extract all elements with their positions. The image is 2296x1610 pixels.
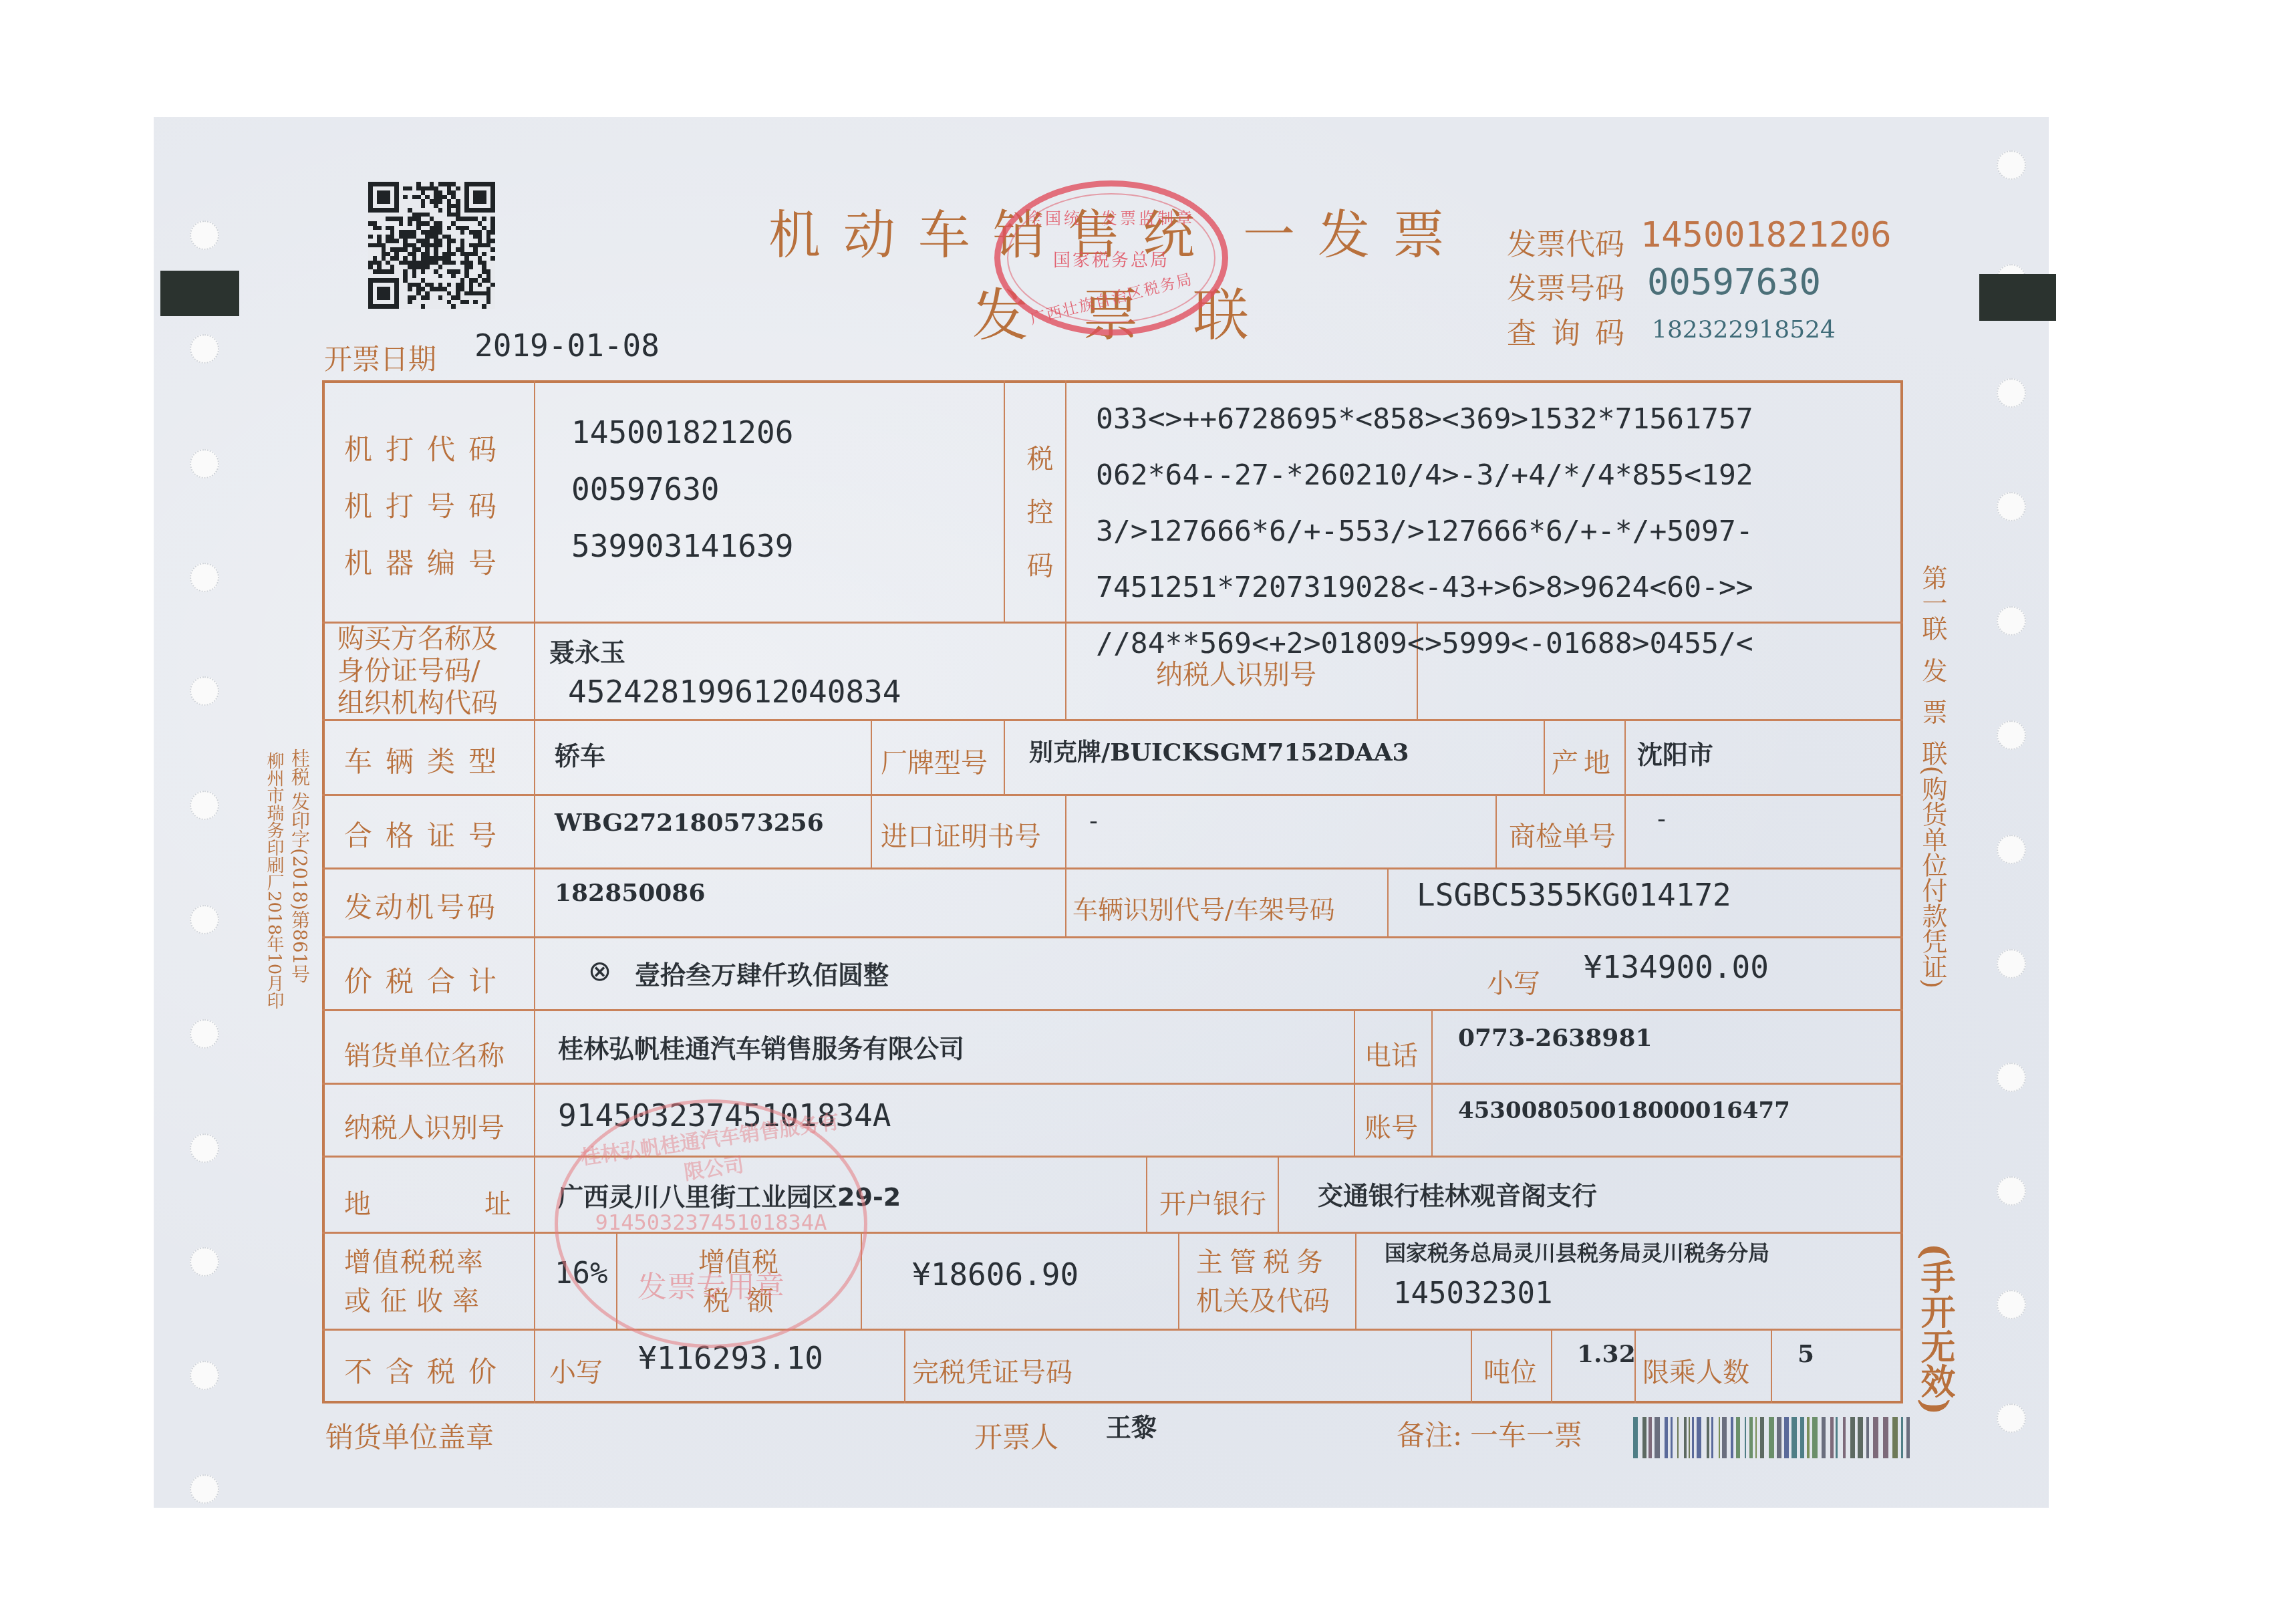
brand-model: 别克牌/BUICKSGM7152DAA3 (1029, 734, 1409, 768)
bank-label: 开户银行 (1159, 1183, 1266, 1221)
phone-label: 电话 (1365, 1035, 1418, 1073)
total-uppercase-symbol: ⊗ (588, 954, 611, 987)
tax-authority-label: 主管税务 机关及代码 (1196, 1243, 1330, 1321)
machine-number-label: 机打号码 (344, 485, 510, 525)
qr-code (366, 182, 497, 309)
import-cert-label: 进口证明书号 (881, 815, 1041, 853)
seller-name-label: 销货单位名称 (344, 1035, 505, 1073)
tax-authority-code: 145032301 (1393, 1277, 1552, 1311)
alignment-strip-right (1979, 274, 2056, 321)
certificate-label: 合格证号 (344, 814, 510, 854)
price-label: 不含税价 (344, 1350, 510, 1390)
invoice-code: 145001821206 (1640, 215, 1892, 255)
machine-number: 00597630 (571, 471, 720, 507)
machine-code: 145001821206 (571, 414, 793, 450)
machine-device: 539903141639 (571, 528, 793, 564)
tonnage-label: 吨位 (1483, 1351, 1537, 1389)
inspection-label: 商检单号 (1509, 815, 1616, 853)
handwritten-invalid-note: (手开无效) (1910, 1243, 1960, 1415)
copy-designation: 第一联 发 票 联(购货单位付款凭证) (1914, 565, 1951, 988)
brand-model-label: 厂牌型号 (881, 742, 988, 780)
certificate-number: WBG272180573256 (555, 809, 824, 837)
seller-bank: 交通银行桂林观音阁支行 (1318, 1175, 1597, 1212)
barcode (1630, 1416, 1918, 1460)
seller-name: 桂林弘帆桂通汽车销售服务有限公司 (558, 1028, 964, 1065)
machine-device-label: 机器编号 (344, 541, 510, 581)
import-cert: - (1089, 807, 1098, 835)
tax-amount: ¥18606.90 (912, 1256, 1079, 1293)
issue-date: 2019-01-08 (474, 327, 660, 364)
invoice-number-label: 发票号码 (1507, 265, 1624, 307)
cipher-label: 税控码 (1019, 444, 1057, 605)
origin: 沈阳市 (1637, 734, 1713, 771)
vehicle-type-label: 车辆类型 (344, 740, 510, 780)
invoice-number: 00597630 (1647, 261, 1821, 303)
query-code: 182322918524 (1652, 316, 1836, 344)
issue-date-label: 开票日期 (324, 338, 436, 378)
tax-rate-label: 增值税税率 或征收率 (344, 1243, 488, 1321)
printer-license: 桂税 发印字(2018)第861号 (286, 749, 313, 983)
seller-account: 453008050018000016477 (1458, 1097, 1790, 1124)
invoice-code-label: 发票代码 (1507, 221, 1624, 263)
address-label-1: 地 (344, 1183, 371, 1221)
query-code-label: 查询码 (1507, 309, 1639, 352)
inspection-number: - (1657, 805, 1666, 833)
price-small-label: 小写 (549, 1351, 603, 1389)
seller-seal-label: 销货单位盖章 (325, 1416, 494, 1456)
remark-value: 一车一票 (1470, 1414, 1582, 1454)
address-label-2: 址 (484, 1183, 511, 1221)
issuer-label: 开票人 (974, 1416, 1058, 1456)
seats-label: 限乘人数 (1642, 1351, 1749, 1389)
printer-name: 柳州市瑞务印刷厂2018年10月印 (262, 752, 287, 1009)
machine-code-label: 机打代码 (344, 428, 510, 468)
account-label: 账号 (1365, 1107, 1418, 1145)
tax-bureau-seal: 全国统一发票监制章 国家税务总局 广西壮族自治区税务局 (994, 180, 1228, 336)
vin: LSGBC5355KG014172 (1417, 877, 1731, 913)
seller-taxpayer-id-label: 纳税人识别号 (344, 1107, 505, 1145)
vehicle-type: 轿车 (555, 735, 605, 772)
total-uppercase: 壹拾叁万肆仟玖佰圆整 (635, 954, 889, 991)
tax-authority-name: 国家税务总局灵川县税务局灵川税务分局 (1385, 1236, 1769, 1267)
engine-label: 发动机号码 (344, 886, 498, 926)
tonnage: 1.32 (1577, 1340, 1636, 1368)
issuer-name: 王黎 (1106, 1407, 1157, 1444)
buyer-id-number: 452428199612040834 (568, 674, 901, 710)
seller-phone: 0773-2638981 (1458, 1024, 1652, 1052)
alignment-strip-left (160, 271, 239, 316)
cipher-text: 033<>++6728695*<858><369>1532*71561757 0… (1096, 391, 1753, 672)
vin-label: 车辆识别代号/车架号码 (1072, 889, 1335, 926)
total-label: 价税合计 (344, 960, 510, 1000)
total-small-label: 小写 (1487, 962, 1540, 1000)
engine-number: 182850086 (555, 879, 705, 907)
total-amount: ¥134900.00 (1584, 949, 1769, 985)
seller-invoice-seal: 桂林弘帆桂通汽车销售服务有限公司 91450323745101834A 发票专用… (555, 1099, 867, 1348)
buyer-name: 聂永玉 (549, 632, 625, 668)
tax-paid-cert-label: 完税凭证号码 (912, 1351, 1072, 1389)
seats: 5 (1798, 1340, 1814, 1368)
buyer-taxpayer-id-label: 纳税人识别号 (1156, 654, 1316, 692)
origin-label: 产地 (1552, 742, 1616, 780)
remark-label: 备注: (1397, 1414, 1462, 1454)
buyer-label: 购买方名称及 身份证号码/ 组织机构代码 (337, 623, 498, 719)
